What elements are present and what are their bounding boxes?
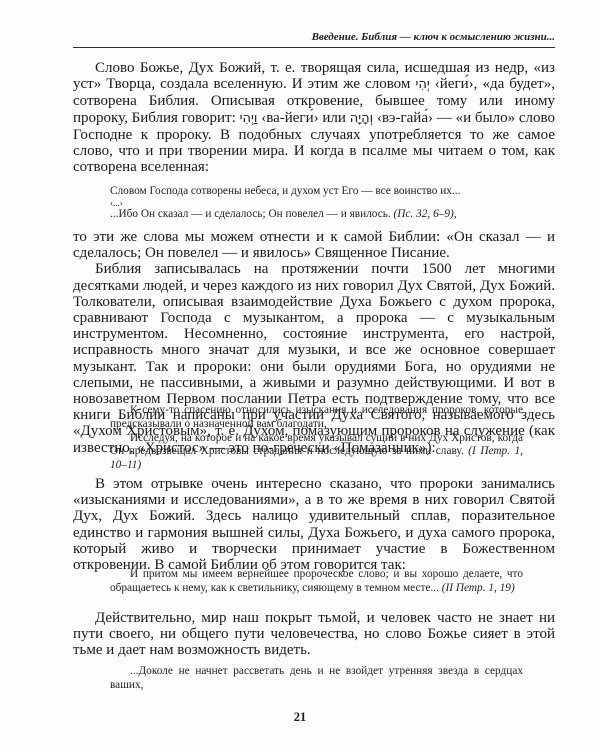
quote-ellipsis: ‹...› — [110, 199, 530, 208]
paragraph-1: Слово Божье, Дух Божий, т. е. творящая с… — [73, 60, 555, 175]
scripture-quote-4: ...Доколе не начнет рассветать день и не… — [110, 665, 523, 693]
page-number: 21 — [0, 710, 600, 725]
paragraph-5: Действительно, мир наш покрыт тьмой, и ч… — [73, 610, 555, 659]
paragraph-4-text: В этом отрывке очень интересно сказано, … — [73, 476, 555, 573]
scripture-quote-2: К сему-то спасению относились изыскания … — [110, 404, 523, 473]
hebrew-word: וְהָיָה — [350, 111, 373, 126]
paragraph-5-text: Действительно, мир наш покрыт тьмой, и ч… — [73, 610, 555, 659]
paragraph-4: В этом отрывке очень интересно сказано, … — [73, 476, 555, 573]
scripture-quote-3: И притом мы имеем вернейшее пророческое … — [110, 568, 523, 596]
quote-paragraph: Исследуя, на которое и на какое время ук… — [110, 432, 523, 458]
running-header: Введение. Библия — ключ к осмыслению жиз… — [73, 31, 555, 43]
scripture-reference: (Пс. 32, 6–9), — [394, 208, 457, 220]
quote-line: ...Ибо Он сказал — и сделалось; Он повел… — [110, 208, 394, 220]
quote-line: Словом Господа сотворены небеса, и духом… — [110, 185, 530, 199]
paragraph-text: ‹ва-йеги́› или — [257, 110, 349, 126]
paragraph-2: то эти же слова мы можем отнести и к сам… — [73, 229, 555, 261]
scripture-quote-1: Словом Господа сотворены небеса, и духом… — [110, 185, 530, 222]
hebrew-word: וַיְהִי — [240, 111, 258, 126]
hebrew-word: יְהִי — [415, 77, 429, 92]
quote-paragraph: К сему-то спасению относились изыскания … — [110, 404, 523, 432]
scripture-reference: (II Петр. 1, 19) — [442, 582, 515, 594]
header-rule — [73, 47, 555, 48]
quote-text: ...Доколе не начнет рассветать день и не… — [110, 665, 523, 693]
book-page: Введение. Библия — ключ к осмыслению жиз… — [0, 0, 600, 750]
